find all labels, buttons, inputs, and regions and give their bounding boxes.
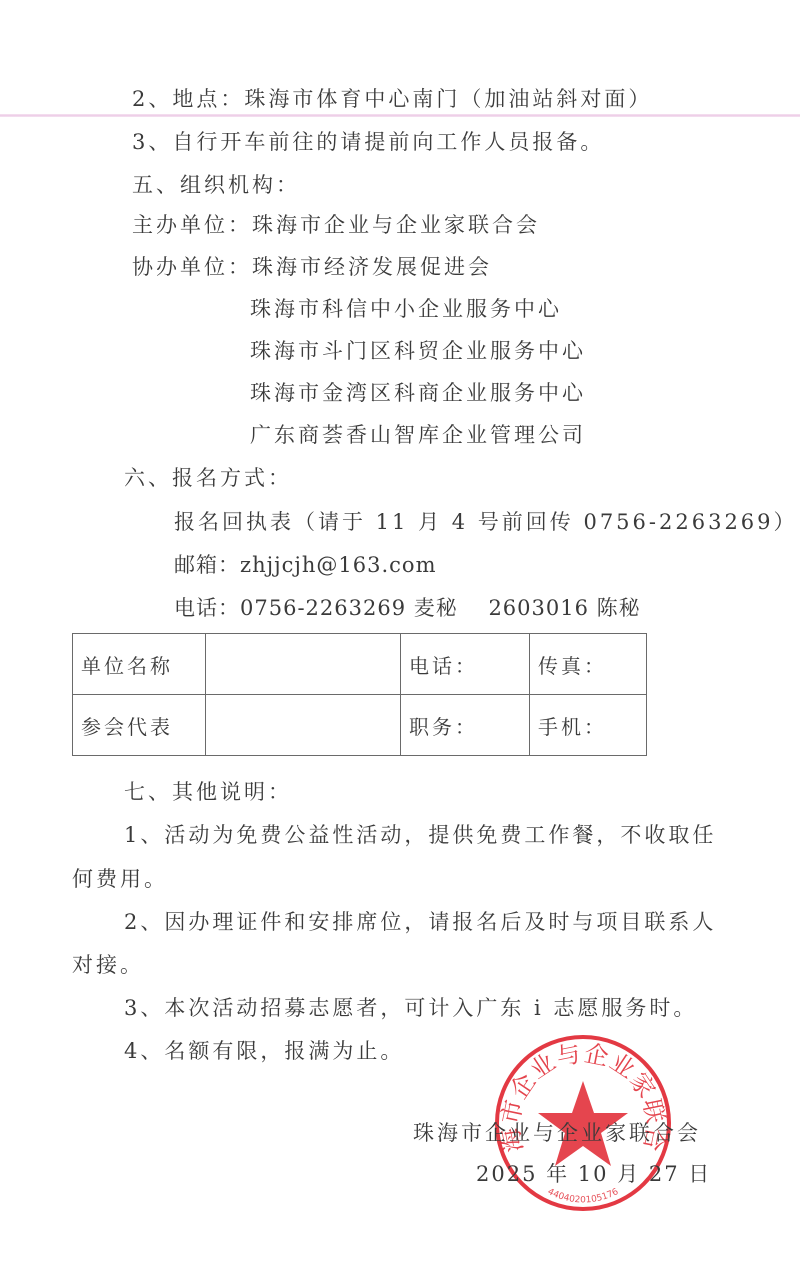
- registration-table: 单位名称 电话： 传真： 参会代表 职务： 手机：: [72, 633, 647, 756]
- note-item-3: 3、本次活动招募志愿者，可计入广东 i 志愿服务时。: [124, 995, 697, 1021]
- table-label-cell: 单位名称: [73, 634, 206, 695]
- co-organizer-name: 珠海市斗门区科贸企业服务中心: [250, 338, 586, 364]
- location-item: 2、地点：珠海市体育中心南门（加油站斜对面）: [132, 86, 652, 112]
- registration-form-note: 报名回执表（请于 11 月 4 号前回传 0756-2263269）: [174, 509, 798, 535]
- co-organizer-first: 协办单位：珠海市经济发展促进会: [132, 254, 492, 280]
- table-row: 参会代表 职务： 手机：: [73, 695, 647, 756]
- driving-note-item: 3、自行开车前往的请提前向工作人员报备。: [132, 129, 604, 155]
- page-break-divider: [0, 114, 800, 117]
- note-item-2-cont: 对接。: [72, 952, 144, 978]
- host-label: 主办单位：: [132, 213, 252, 237]
- email-line: 邮箱：zhjjcjh@163.com: [174, 552, 436, 578]
- signature-org: 珠海市企业与企业家联合会: [413, 1120, 701, 1146]
- table-row: 单位名称 电话： 传真：: [73, 634, 647, 695]
- fax-field-cell[interactable]: 传真：: [530, 634, 647, 695]
- note-item-1-cont: 何费用。: [72, 866, 168, 892]
- section7-heading: 七、其他说明：: [124, 779, 292, 805]
- co-organizer-name: 珠海市科信中小企业服务中心: [250, 296, 562, 322]
- note-item-4: 4、名额有限，报满为止。: [124, 1038, 404, 1064]
- co-organizer-name: 珠海市经济发展促进会: [252, 255, 492, 279]
- co-organizer-name: 珠海市金湾区科商企业服务中心: [250, 380, 586, 406]
- position-field-cell[interactable]: 职务：: [401, 695, 530, 756]
- svg-text:4404020105176: 4404020105176: [546, 1187, 621, 1206]
- section6-heading: 六、报名方式：: [124, 465, 292, 491]
- note-item-2: 2、因办理证件和安排席位，请报名后及时与项目联系人: [124, 909, 716, 935]
- attendee-input-cell[interactable]: [206, 695, 401, 756]
- phone-field-cell[interactable]: 电话：: [401, 634, 530, 695]
- phone-line: 电话：0756-2263269 麦秘 2603016 陈秘: [174, 595, 641, 621]
- signature-date: 2025 年 10 月 27 日: [476, 1161, 711, 1187]
- host-organizer: 主办单位：珠海市企业与企业家联合会: [132, 212, 540, 238]
- co-organizer-name: 广东商荟香山智库企业管理公司: [250, 422, 586, 448]
- co-label: 协办单位：: [132, 255, 252, 279]
- section5-heading: 五、组织机构：: [132, 172, 300, 198]
- org-name-input-cell[interactable]: [206, 634, 401, 695]
- note-item-1: 1、活动为免费公益性活动，提供免费工作餐，不收取任: [124, 822, 716, 848]
- host-name: 珠海市企业与企业家联合会: [252, 213, 540, 237]
- mobile-field-cell[interactable]: 手机：: [530, 695, 647, 756]
- table-label-cell: 参会代表: [73, 695, 206, 756]
